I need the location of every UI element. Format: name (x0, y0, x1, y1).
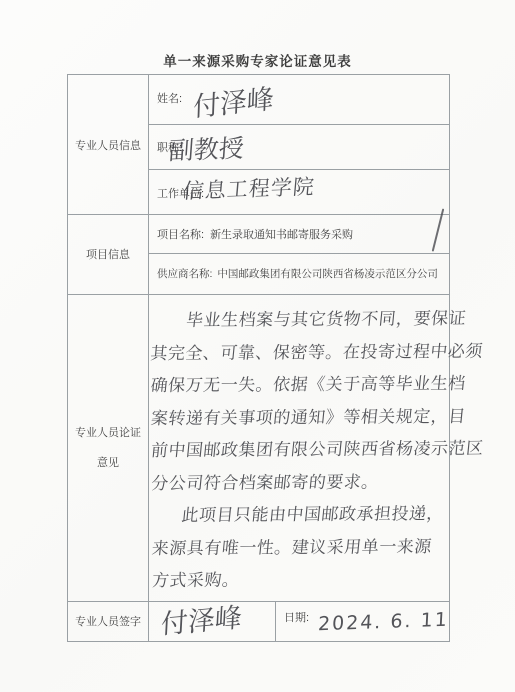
date-cell: 日期: 2024. 6. 11 (276, 601, 450, 641)
opinion-line: 其完全、可靠、保密等。在投寄过程中必须 (149, 335, 460, 370)
project-section-cell: 项目信息 (68, 214, 148, 294)
supplier-cell: 供应商名称: 中国邮政集团有限公司陕西省杨凌示范区分公司 (149, 253, 450, 294)
date-label: 日期: (284, 609, 309, 625)
job-title-cell: 职称: 副教授 (149, 124, 450, 169)
scanned-form-page: 单一来源采购专家论证意见表 专业人员信息 姓名: 付泽峰 职称: 副教授 工作单… (0, 0, 515, 692)
job-title-label: 职称: (157, 139, 182, 155)
handwritten-tick-mark (432, 208, 444, 251)
opinion-handwriting-block: 毕业生档案与其它货物不同，要保证 其完全、可靠、保密等。在投寄过程中必须 确保万… (150, 303, 460, 598)
personnel-section-label: 专业人员信息 (75, 137, 141, 153)
personnel-section-cell: 专业人员信息 (68, 75, 148, 214)
work-unit-label: 工作单位: (157, 185, 204, 201)
opinion-line: 来源具有唯一性。建议采用单一来源 (150, 530, 461, 565)
signature-cell: 付泽峰 (149, 601, 275, 641)
opinion-section-cell: 专业人员论证 意见 (68, 294, 148, 601)
opinion-line: 方式采购。 (150, 563, 461, 598)
project-name-label: 项目名称: (149, 226, 204, 242)
date-value-handwriting: 2024. 6. 11 (317, 609, 449, 636)
name-label: 姓名: (157, 90, 182, 106)
project-section-label: 项目信息 (86, 246, 130, 262)
signature-label: 专业人员签字 (75, 613, 141, 629)
opinion-line: 确保万无一失。依据《关于高等毕业生档 (149, 368, 460, 403)
opinion-line: 分公司符合档案邮寄的要求。 (150, 465, 461, 500)
opinion-section-label-line2: 意见 (97, 448, 119, 478)
opinion-cell: 毕业生档案与其它货物不同，要保证 其完全、可靠、保密等。在投寄过程中必须 确保万… (149, 294, 450, 601)
work-unit-cell: 工作单位: 信息工程学院 (149, 169, 450, 214)
name-value-handwriting: 付泽峰 (193, 77, 275, 125)
page-title: 单一来源采购专家论证意见表 (0, 50, 515, 70)
project-name-value: 新生录取通知书邮寄服务采购 (204, 226, 353, 242)
opinion-section-label-line1: 专业人员论证 (75, 418, 141, 448)
supplier-value: 中国邮政集团有限公司陕西省杨凌示范区分公司 (212, 266, 438, 281)
project-name-cell: 项目名称: 新生录取通知书邮寄服务采购 (149, 214, 450, 253)
name-cell: 姓名: 付泽峰 (149, 75, 450, 124)
form-table: 专业人员信息 姓名: 付泽峰 职称: 副教授 工作单位: 信息工程学院 项目信息… (67, 74, 450, 642)
signature-handwriting: 付泽峰 (160, 595, 243, 641)
signature-label-cell: 专业人员签字 (68, 601, 148, 641)
opinion-line: 此项目只能由中国邮政承担投递， (150, 498, 461, 533)
opinion-line: 毕业生档案与其它货物不同，要保证 (149, 303, 460, 338)
supplier-label: 供应商名称: (149, 266, 212, 281)
opinion-line: 案转递有关事项的通知》等相关规定，目 (149, 400, 460, 435)
opinion-line: 前中国邮政集团有限公司陕西省杨凌示范区 (149, 433, 460, 468)
